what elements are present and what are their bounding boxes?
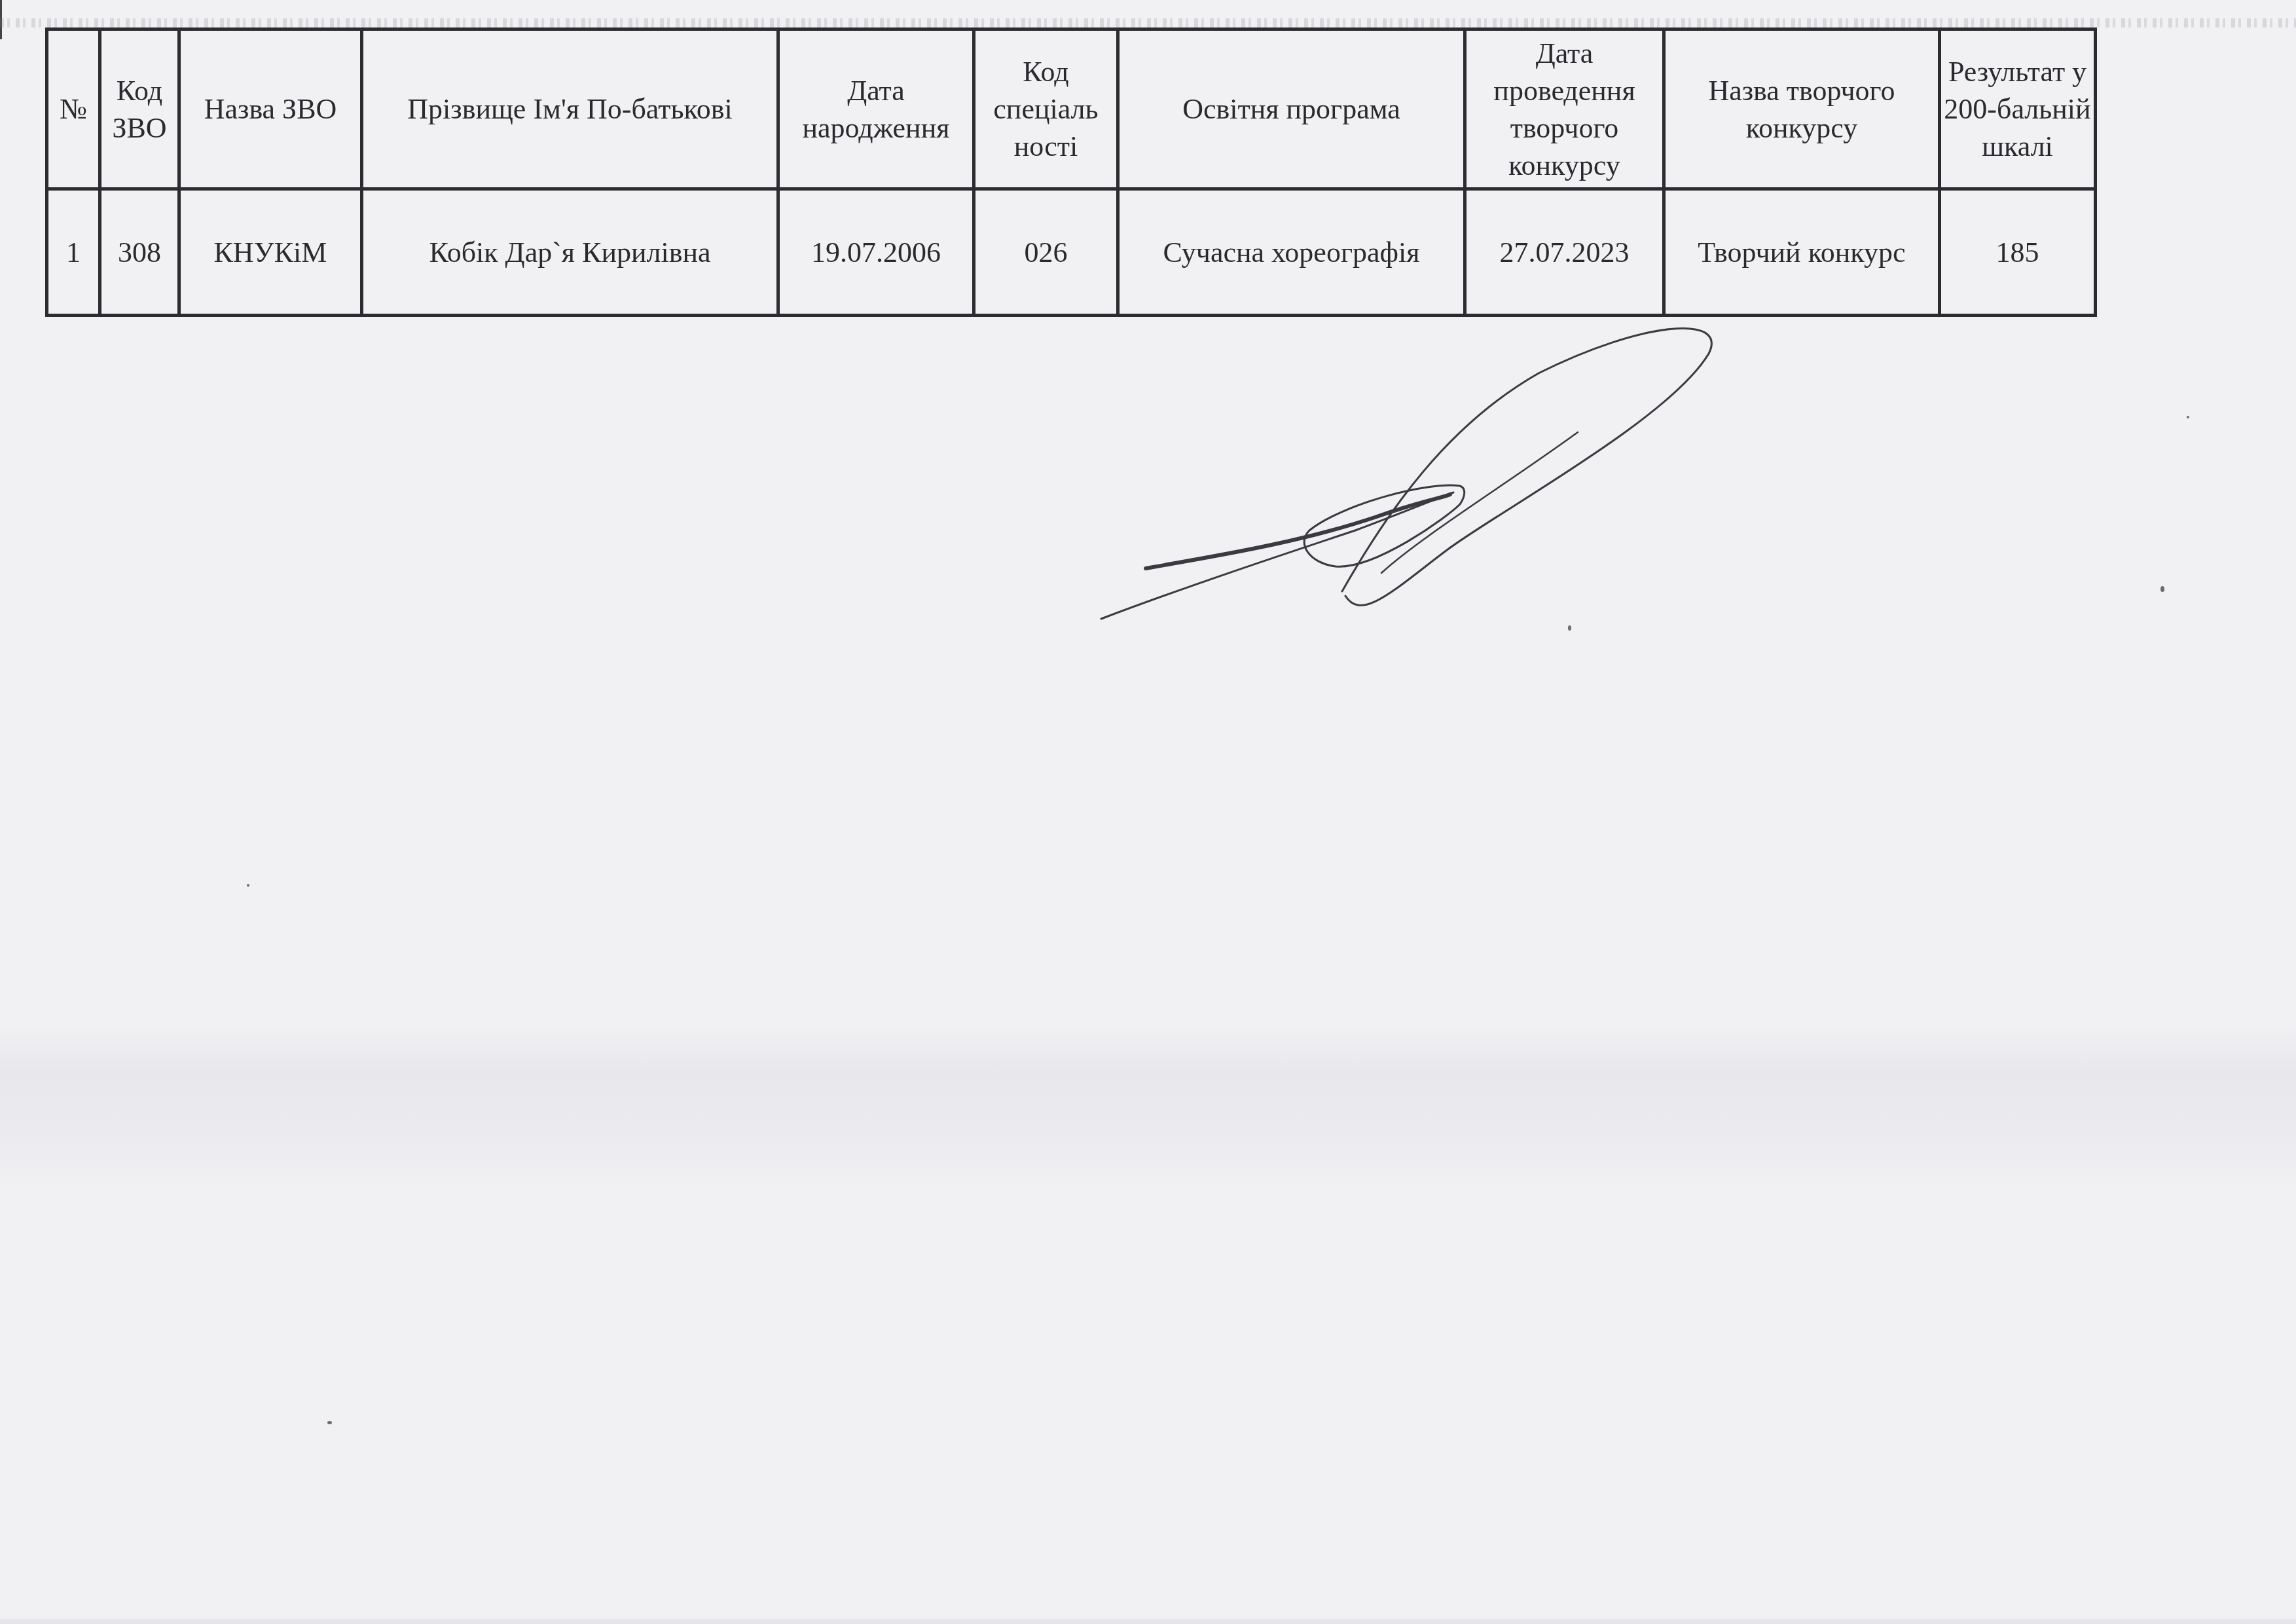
cell-score: 185: [1940, 189, 2096, 316]
col-header-score: Результат у 200-бальній шкалі: [1940, 29, 2096, 189]
cell-zvo-code: 308: [100, 189, 179, 316]
scan-speck: [2187, 416, 2189, 418]
col-header-zvo-name: Назва ЗВО: [179, 29, 362, 189]
table-row: 1 308 КНУКіМ Кобік Дар`я Кирилівна 19.07…: [47, 189, 2096, 316]
col-header-contest-name: Назва творчого конкурсу: [1664, 29, 1940, 189]
scan-speck: [327, 1421, 332, 1424]
col-header-contest-date: Дата проведення творчого конкурсу: [1465, 29, 1664, 189]
cell-specialty-code: 026: [974, 189, 1118, 316]
header-row: № Код ЗВО Назва ЗВО Прізвище Ім'я По-бат…: [47, 29, 2096, 189]
scan-noise-top: [0, 18, 2296, 28]
cell-full-name: Кобік Дар`я Кирилівна: [362, 189, 778, 316]
scan-speck: [1568, 625, 1571, 631]
scan-shadow-band: [0, 1022, 2296, 1192]
col-header-zvo-code: Код ЗВО: [100, 29, 179, 189]
col-header-full-name: Прізвище Ім'я По-батькові: [362, 29, 778, 189]
cell-program: Сучасна хореографія: [1118, 189, 1465, 316]
results-table: № Код ЗВО Назва ЗВО Прізвище Ім'я По-бат…: [45, 28, 2097, 317]
cell-no: 1: [47, 189, 100, 316]
signature: [1080, 314, 1735, 642]
cell-contest-name: Творчий конкурс: [1664, 189, 1940, 316]
scan-edge-bottom: [0, 1619, 2296, 1624]
col-header-no: №: [47, 29, 100, 189]
scan-speck: [2160, 586, 2164, 592]
cell-contest-date: 27.07.2023: [1465, 189, 1664, 316]
col-header-birth-date: Дата народження: [778, 29, 974, 189]
cell-birth-date: 19.07.2006: [778, 189, 974, 316]
scan-speck: [247, 884, 249, 887]
col-header-specialty-code: Код спеціаль ності: [974, 29, 1118, 189]
cell-zvo-name: КНУКіМ: [179, 189, 362, 316]
col-header-program: Освітня програма: [1118, 29, 1465, 189]
